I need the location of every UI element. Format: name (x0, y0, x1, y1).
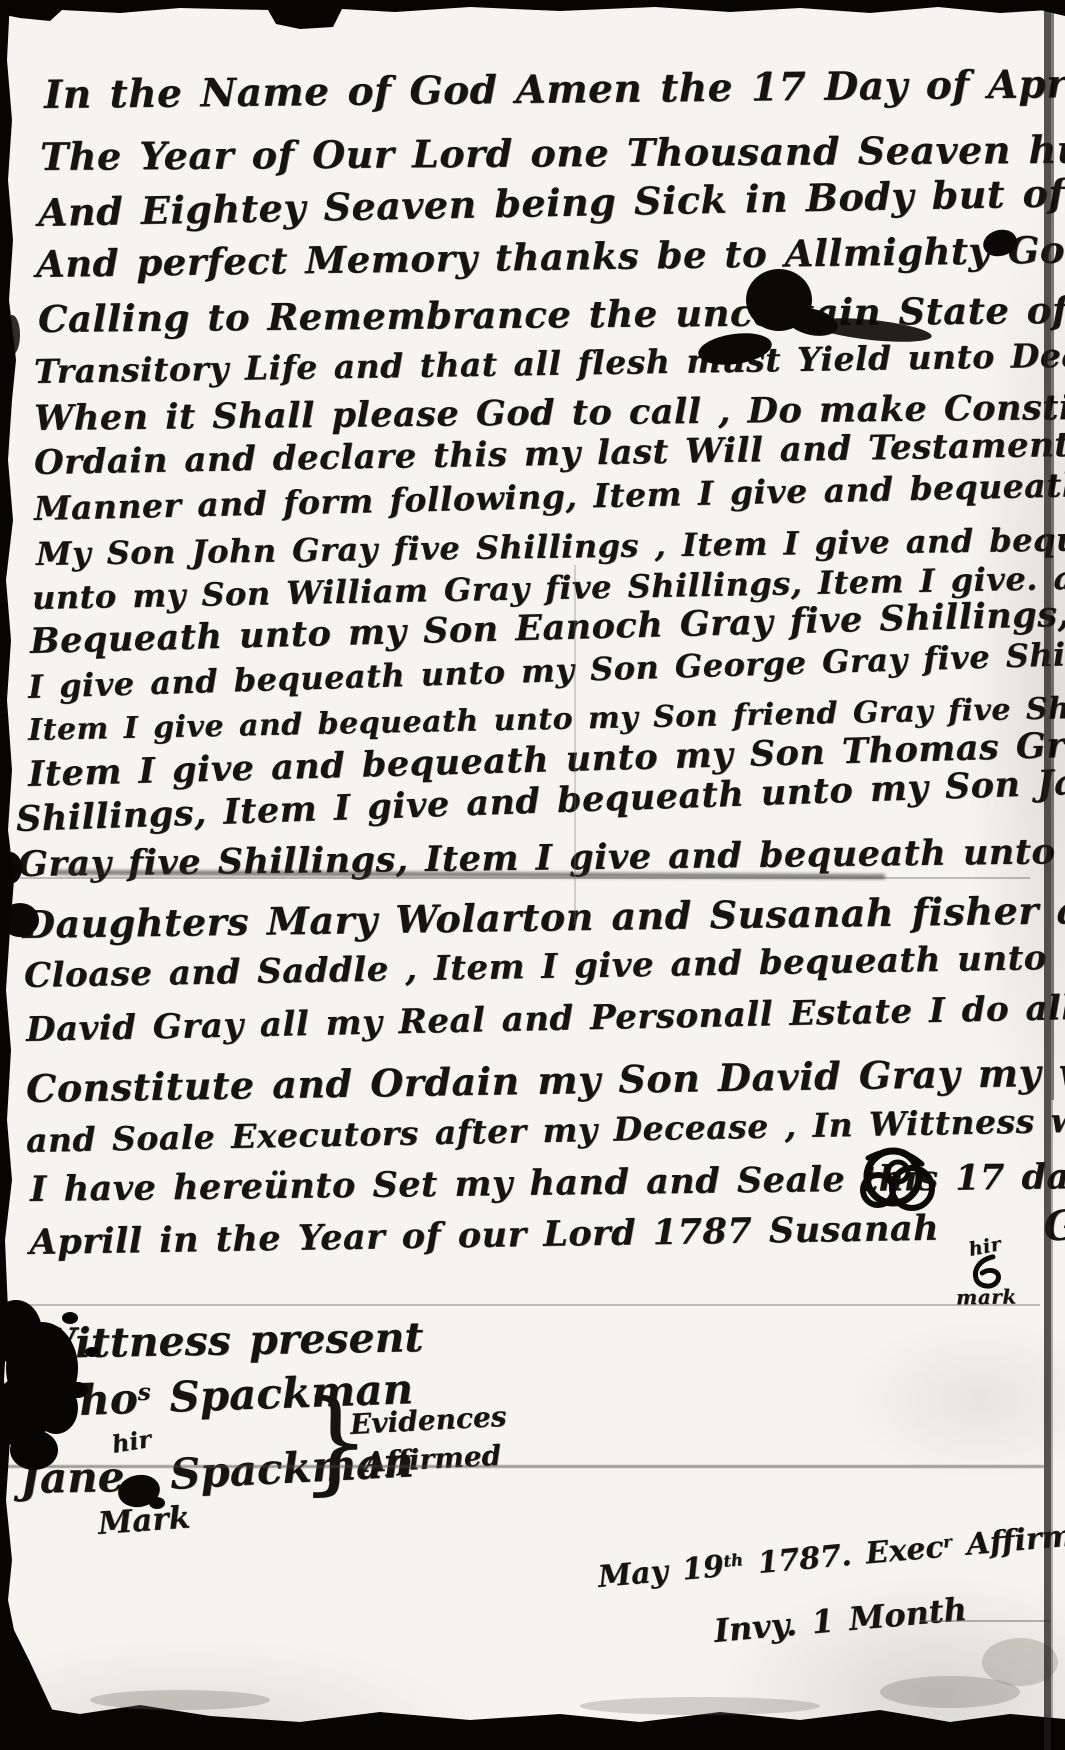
susanah-mark: hirmark (955, 1239, 1017, 1307)
witness-2-mark-word: Mark (97, 1500, 192, 1542)
will-line-1: In the Name of God Amen the 17 Day of Ap… (44, 60, 1065, 118)
will-line-5: Calling to Remembrance the uncertain Sta… (38, 287, 1065, 341)
probate-date-rest: 1787. Exec (742, 1530, 945, 1582)
witness-1-sup: s (137, 1379, 151, 1406)
susanah-surname: Gray (1042, 1196, 1065, 1251)
affirmed-note: Affirmed (363, 1439, 502, 1479)
will-line-21: Constitute and Ordain my Son David Gray … (26, 1048, 1065, 1111)
will-line-20: David Gray all my Real and Personall Est… (26, 987, 1065, 1050)
susanah-mark-word: mark (956, 1288, 1017, 1307)
will-line-2: The Year of Our Lord one Thousand Seaven… (40, 126, 1065, 179)
probate-date-line: May 19th 1787. Execr Affirmed (596, 1515, 1065, 1595)
will-line-6: Transitory Life and that all flesh must … (34, 335, 1065, 391)
probate-date-main: May 19 (596, 1549, 725, 1595)
fold-crease-lower (0, 1465, 1044, 1468)
witness-brace: } (299, 1385, 372, 1498)
probate-inventory-line: Invy. 1 Month (712, 1590, 968, 1650)
document-page: In the Name of God Amen the 17 Day of Ap… (0, 0, 1065, 1750)
will-line-24-text: Aprill in the Year of our Lord 1787 Susa… (29, 1208, 939, 1263)
will-line-4: And perfect Memory thanks be to Allmight… (36, 226, 1065, 286)
probate-date-sup: th (723, 1550, 744, 1571)
witness-2-given: Jane (20, 1452, 125, 1503)
torn-edge-top (0, 0, 1065, 29)
probate-affirmed: Affirmed (951, 1515, 1065, 1564)
witness-heading: Wittness present (30, 1313, 424, 1368)
will-line-17: Gray five Shillings, Item I give and beq… (18, 830, 1065, 885)
witness-1-given: Tho (47, 1374, 138, 1426)
will-line-18: Daughters Mary Wolarton and Susanah fish… (22, 886, 1065, 947)
will-line-3: And Eightey Seaven being Sick in Body bu… (38, 168, 1065, 235)
will-line-24: Aprill in the Year of our Lord 1787 Susa… (29, 1198, 1065, 1321)
torn-edge-bottom (0, 1702, 1065, 1750)
margin-blot-2 (4, 315, 20, 355)
susanah-mark-her-label: hir (968, 1236, 1003, 1259)
evidences-note: Evidences (349, 1400, 507, 1441)
bottom-smudges (90, 1638, 1058, 1715)
